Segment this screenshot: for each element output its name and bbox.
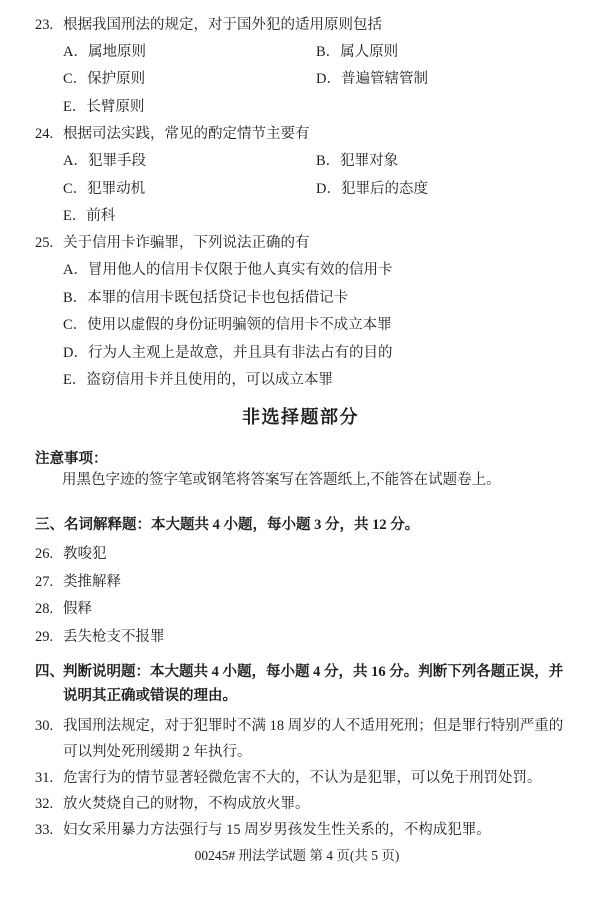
item-number: 30. [35,713,63,765]
item-number: 33. [35,817,63,843]
item-text: 假释 [63,596,566,624]
question-number: 23. [35,12,63,39]
option-d: D．行为人主观上是故意，并且具有非法占有的目的 [63,340,566,367]
section-label: 四、 [35,660,63,708]
item-text: 丢失枪支不报罪 [63,624,566,652]
item-number: 27. [35,569,63,597]
question-23: 23. 根据我国刑法的规定，对于国外犯的适用原则包括 A．属地原则 B．属人原则… [35,12,566,121]
item-number: 31. [35,765,63,791]
option-c: C．保护原则 [63,66,316,93]
question-number: 24. [35,121,63,148]
question-25: 25. 关于信用卡诈骗罪，下列说法正确的有 A．冒用他人的信用卡仅限于他人真实有… [35,230,566,394]
option-e: E．长臂原则 [63,94,316,121]
option-a: A．犯罪手段 [63,148,316,175]
option-c: C．使用以虚假的身份证明骗领的信用卡不成立本罪 [63,312,566,339]
option-a: A．冒用他人的信用卡仅限于他人真实有效的信用卡 [63,257,566,284]
exam-page: 23. 根据我国刑法的规定，对于国外犯的适用原则包括 A．属地原则 B．属人原则… [0,0,594,899]
option-d: D．普遍管辖管制 [316,66,566,93]
option-b: B．本罪的信用卡既包括贷记卡也包括借记卡 [63,285,566,312]
item-text: 妇女采用暴力方法强行与 15 周岁男孩发生性关系的，不构成犯罪。 [63,817,566,843]
list-item: 30. 我国刑法规定，对于犯罪时不满 18 周岁的人不适用死刑；但是罪行特别严重… [35,713,566,765]
item-text: 教唆犯 [63,541,566,569]
item-number: 26. [35,541,63,569]
list-item: 31. 危害行为的情节显著轻微危害不大的，不认为是犯罪，可以免于刑罚处罚。 [35,765,566,791]
item-text: 危害行为的情节显著轻微危害不大的，不认为是犯罪，可以免于刑罚处罚。 [63,765,566,791]
option-b: B．犯罪对象 [316,148,566,175]
item-number: 29. [35,624,63,652]
item-text: 放火焚烧自己的财物，不构成放火罪。 [63,791,566,817]
section-four-items: 30. 我国刑法规定，对于犯罪时不满 18 周岁的人不适用死刑；但是罪行特别严重… [35,713,566,843]
question-stem: 关于信用卡诈骗罪，下列说法正确的有 [63,230,566,257]
page-footer: 00245# 刑法学试题 第 4 页(共 5 页) [0,846,594,866]
section-three-items: 26. 教唆犯 27. 类推解释 28. 假释 29. 丢失枪支不报罪 [35,541,566,651]
item-text: 我国刑法规定，对于犯罪时不满 18 周岁的人不适用死刑；但是罪行特别严重的可以判… [63,713,566,765]
notice-label: 注意事项： [35,449,566,469]
item-number: 32. [35,791,63,817]
option-e: E．前科 [63,203,316,230]
question-options: A．冒用他人的信用卡仅限于他人真实有效的信用卡 B．本罪的信用卡既包括贷记卡也包… [63,257,566,394]
notice-text: 用黑色字迹的签字笔或钢笔将答案写在答题纸上,不能答在试题卷上。 [62,469,566,492]
list-item: 32. 放火焚烧自己的财物，不构成放火罪。 [35,791,566,817]
option-b: B．属人原则 [316,39,566,66]
list-item: 29. 丢失枪支不报罪 [35,624,566,652]
question-options: A．犯罪手段 B．犯罪对象 C．犯罪动机 D．犯罪后的态度 E．前科 [63,148,566,230]
question-stem: 根据我国刑法的规定，对于国外犯的适用原则包括 [63,12,566,39]
option-a: A．属地原则 [63,39,316,66]
question-number: 25. [35,230,63,257]
question-options: A．属地原则 B．属人原则 C．保护原则 D．普遍管辖管制 E．长臂原则 [63,39,566,121]
section-four-heading: 四、 判断说明题：本大题共 4 小题，每小题 4 分，共 16 分。判断下列各题… [35,660,566,708]
item-number: 28. [35,596,63,624]
option-e: E．盗窃信用卡并且使用的，可以成立本罪 [63,367,566,394]
option-c: C．犯罪动机 [63,176,316,203]
list-item: 33. 妇女采用暴力方法强行与 15 周岁男孩发生性关系的，不构成犯罪。 [35,817,566,843]
question-stem: 根据司法实践，常见的酌定情节主要有 [63,121,566,148]
item-text: 类推解释 [63,569,566,597]
option-d: D．犯罪后的态度 [316,176,566,203]
section-part-title: 非选择题部分 [35,406,566,428]
section-heading-text: 判断说明题：本大题共 4 小题，每小题 4 分，共 16 分。判断下列各题正误，… [63,660,566,708]
section-three-heading: 三、名词解释题：本大题共 4 小题，每小题 3 分，共 12 分。 [35,513,566,537]
question-24: 24. 根据司法实践，常见的酌定情节主要有 A．犯罪手段 B．犯罪对象 C．犯罪… [35,121,566,230]
list-item: 26. 教唆犯 [35,541,566,569]
list-item: 27. 类推解释 [35,569,566,597]
list-item: 28. 假释 [35,596,566,624]
